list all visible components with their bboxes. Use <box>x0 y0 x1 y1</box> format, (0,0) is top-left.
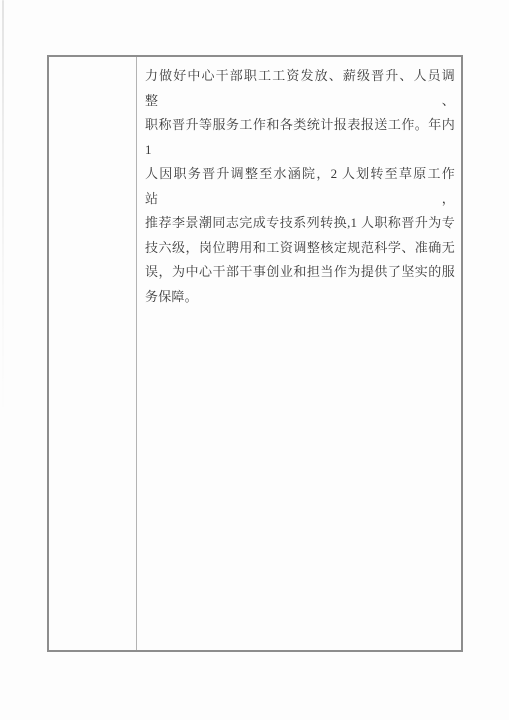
table-cell-content: 力做好中心干部职工工资发放、薪级晋升、人员调整、 职称晋升等服务工作和各类统计报… <box>137 57 461 650</box>
document-table: 力做好中心干部职工工资发放、薪级晋升、人员调整、 职称晋升等服务工作和各类统计报… <box>47 55 463 652</box>
document-page: 力做好中心干部职工工资发放、薪级晋升、人员调整、 职称晋升等服务工作和各类统计报… <box>0 0 509 720</box>
text-line-1: 力做好中心干部职工工资发放、薪级晋升、人员调整、 <box>145 64 455 113</box>
text-line-5: 技六级，岗位聘用和工资调整核定规范科学、准确无 <box>145 236 455 261</box>
table-cell-label-empty <box>49 57 137 650</box>
text-line-2: 职称晋升等服务工作和各类统计报表报送工作。年内 1 <box>145 113 455 162</box>
text-line-4: 推荐李景潮同志完成专技系列转换,1 人职称晋升为专 <box>145 211 455 236</box>
text-line-3: 人因职务晋升调整至水涵院，2 人划转至草原工作站， <box>145 162 455 211</box>
text-line-7: 务保障。 <box>145 285 455 310</box>
text-line-6: 误，为中心干部干事创业和担当作为提供了坚实的服 <box>145 260 455 285</box>
scan-edge-artifact <box>2 0 4 420</box>
